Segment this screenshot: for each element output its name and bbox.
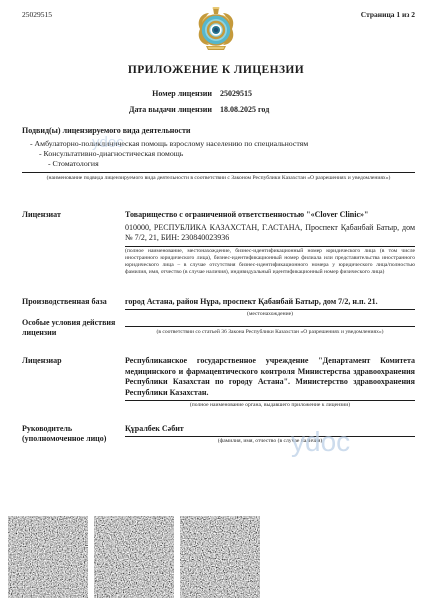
kazakhstan-coat-of-arms-icon (194, 6, 238, 52)
license-date-row: Дата выдачи лицензии 18.08.2025 год (0, 105, 432, 114)
licensee-name: Товарищество с ограниченной ответственно… (125, 210, 415, 221)
divider-line (125, 246, 415, 247)
special-conditions-label: Особые условия действия лицензии (22, 318, 125, 338)
production-base-caption: (местонахождение) (125, 311, 415, 318)
subtype-item: - Амбулаторно-поликлиническая помощь взр… (22, 139, 415, 149)
activity-subtypes-section: Подвид(ы) лицензируемого вида деятельнос… (22, 126, 415, 182)
divider-line (22, 172, 415, 173)
head-official-name: Құралбек Сәбит (125, 424, 415, 437)
licensee-address: 010000, РЕСПУБЛИКА КАЗАХСТАН, Г.АСТАНА, … (125, 223, 415, 244)
subtypes-heading: Подвид(ы) лицензируемого вида деятельнос… (22, 126, 415, 135)
licensee-label: Лицензиат (22, 210, 125, 276)
head-official-label: Руководитель (уполномоченное лицо) (22, 424, 125, 445)
license-date-label: Дата выдачи лицензии (104, 105, 212, 114)
subtype-item: - Консультативно-диагностическая помощь (22, 149, 415, 159)
license-number-row: Номер лицензии 25029515 (0, 89, 432, 98)
licensee-row: Лицензиат Товарищество с ограниченной от… (22, 210, 415, 276)
document-title: ПРИЛОЖЕНИЕ К ЛИЦЕНЗИИ (0, 64, 432, 76)
license-number-value: 25029515 (220, 89, 328, 98)
digital-signature-barcodes (8, 516, 260, 598)
head-official-row: Руководитель (уполномоченное лицо) Құрал… (22, 424, 415, 445)
license-date-value: 18.08.2025 год (220, 105, 328, 114)
divider-line (125, 400, 415, 401)
licensor-value: Республиканское государственное учрежден… (125, 356, 415, 398)
license-attachment-page: 25029515 Страница 1 из 2 ПРИЛОЖЕНИЕ К ЛИ… (0, 0, 432, 600)
licensee-caption: (полное наименование, местонахождение, б… (125, 248, 415, 276)
license-number-label: Номер лицензии (104, 89, 212, 98)
production-base-value: город Астана, район Нұра, проспект Қабан… (125, 297, 415, 310)
signature-barcode-3-icon (180, 516, 260, 598)
head-official-caption: (фамилия, имя, отчество (в случае наличи… (125, 438, 415, 445)
subtypes-caption: (наименование подвида лицензируемого вид… (29, 175, 409, 182)
page-counter: Страница 1 из 2 (361, 10, 415, 19)
blank-fill-line (125, 318, 415, 327)
document-number-header: 25029515 (22, 10, 52, 19)
subtype-item: - Стоматология (22, 159, 415, 169)
licensor-caption: (полное наименование органа, выдавшего п… (125, 402, 415, 409)
licensor-label: Лицензиар (22, 356, 125, 409)
signature-barcode-1-icon (8, 516, 88, 598)
special-conditions-caption: (в соответствии со статьей 36 Закона Рес… (125, 329, 415, 336)
special-conditions-row: Особые условия действия лицензии (в соот… (22, 318, 415, 338)
production-base-row: Производственная база город Астана, райо… (22, 297, 415, 318)
signature-barcode-2-icon (94, 516, 174, 598)
licensor-row: Лицензиар Республиканское государственно… (22, 356, 415, 409)
production-base-label: Производственная база (22, 297, 125, 318)
